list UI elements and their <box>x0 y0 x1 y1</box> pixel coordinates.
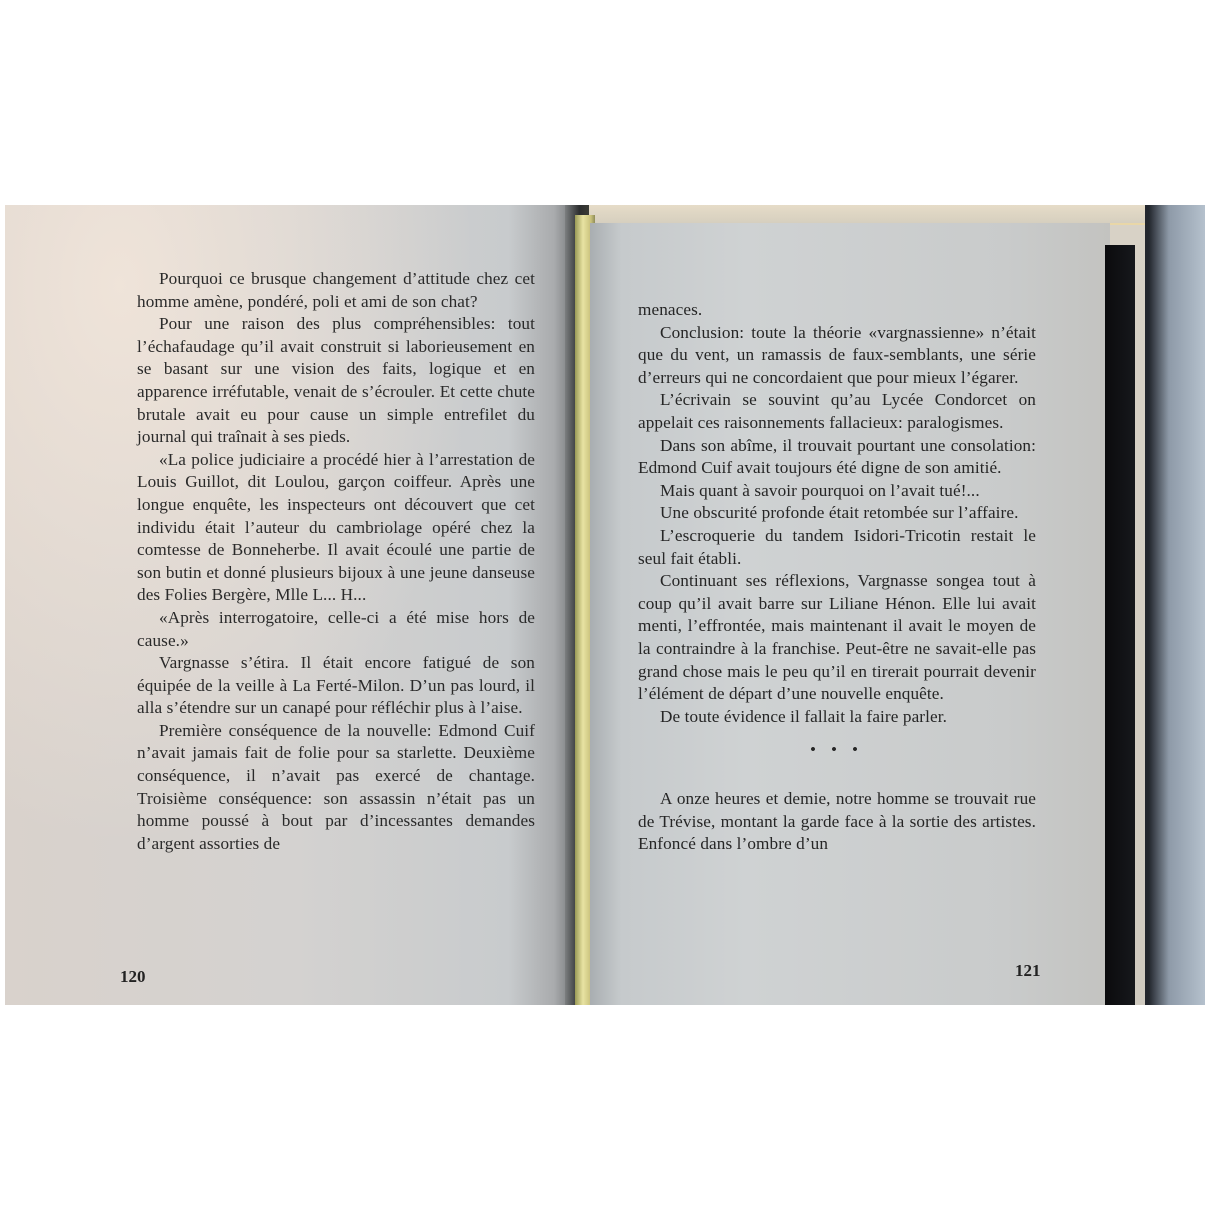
paragraph: Dans son abîme, il trouvait pourtant une… <box>638 435 1036 480</box>
paragraph: Une obscurité profonde était retombée su… <box>638 502 1036 525</box>
page-number-left: 120 <box>120 967 146 987</box>
paragraph: Pour une raison des plus compréhensibles… <box>137 313 535 449</box>
paragraph: L’escroquerie du tandem Isidori-Tricotin… <box>638 525 1036 570</box>
right-page-text: menaces. Conclusion: toute la théorie «v… <box>638 299 1036 856</box>
page-number-right: 121 <box>1015 961 1041 981</box>
section-break: • • • <box>638 728 1036 788</box>
paragraph: Vargnasse s’étira. Il était encore fatig… <box>137 652 535 720</box>
paragraph: L’écrivain se souvint qu’au Lycée Condor… <box>638 389 1036 434</box>
paragraph: A onze heures et demie, notre homme se t… <box>638 788 1036 856</box>
paragraph: De toute évidence il fallait la faire pa… <box>638 706 1036 729</box>
paragraph: Pourquoi ce brusque changement d’attitud… <box>137 268 535 313</box>
paragraph: Continuant ses réflexions, Vargnasse son… <box>638 570 1036 706</box>
paragraph: Conclusion: toute la théorie «vargnassie… <box>638 322 1036 390</box>
underlying-page-edge <box>585 205 1145 225</box>
paragraph: «Après interrogatoire, celle-ci a été mi… <box>137 607 535 652</box>
paragraph: «La police judiciaire a procédé hier à l… <box>137 449 535 607</box>
page-edge-shadow <box>1105 245 1135 1005</box>
paragraph: Mais quant à savoir pourquoi on l’avait … <box>638 480 1036 503</box>
book-photo: Pourquoi ce brusque changement d’attitud… <box>5 205 1205 1005</box>
paragraph: Première conséquence de la nouvelle: Edm… <box>137 720 535 856</box>
left-page-text: Pourquoi ce brusque changement d’attitud… <box>137 268 535 855</box>
paragraph-continuation: menaces. <box>638 299 1036 322</box>
